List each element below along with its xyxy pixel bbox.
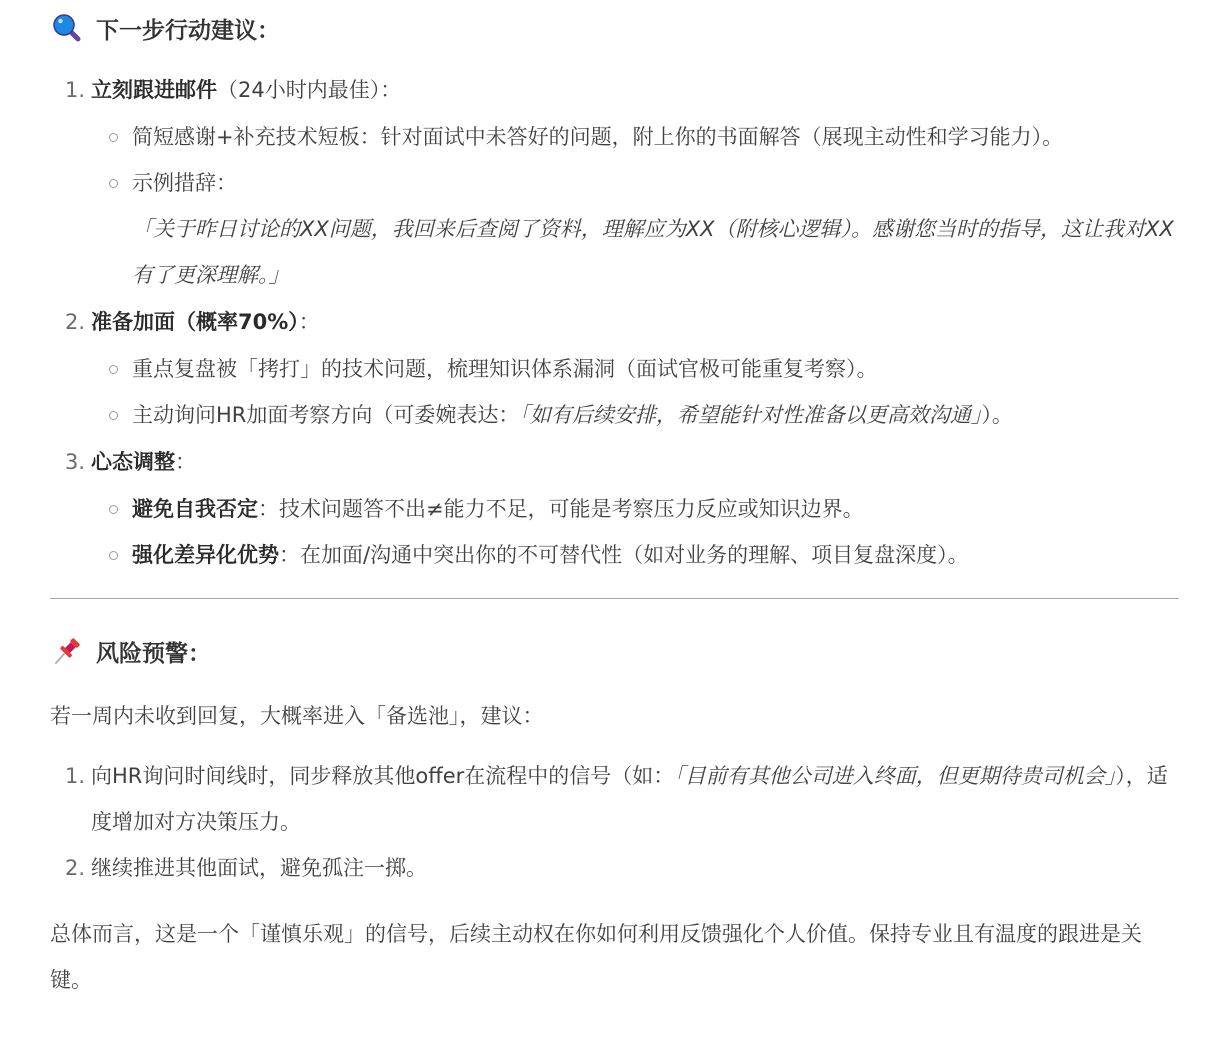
- item-suffix: ：: [175, 450, 196, 474]
- list-item: 2. 继续推进其他面试，避免孤注一掷。: [50, 845, 1179, 893]
- sub-list-item: 主动询问HR加面考察方向（可委婉表达：「如有后续安排，希望能针对性准备以更高效沟…: [91, 392, 1179, 438]
- sub-item-tail: ）。: [981, 403, 1013, 427]
- list-number: 1.: [65, 66, 85, 114]
- item-text: 继续推进其他面试，避免孤注一掷。: [91, 856, 427, 880]
- section-title: 风险预警：: [96, 635, 211, 668]
- list-item: 1. 立刻跟进邮件（24小时内最佳）： 简短感谢+补充技术短板：针对面试中未答好…: [50, 66, 1179, 298]
- sub-item-text: ：在加面/沟通中突出你的不可替代性（如对业务的理解、项目复盘深度）。: [279, 543, 969, 567]
- sub-list-item: 重点复盘被「拷打」的技术问题，梳理知识体系漏洞（面试官极可能重复考察）。: [91, 346, 1179, 392]
- list-item: 3. 心态调整： 避免自我否定：技术问题答不出≠能力不足，可能是考察压力反应或知…: [50, 438, 1179, 578]
- section-title: 下一步行动建议：: [96, 12, 280, 45]
- sub-list-item: 避免自我否定：技术问题答不出≠能力不足，可能是考察压力反应或知识边界。: [91, 486, 1179, 532]
- sub-list: 避免自我否定：技术问题答不出≠能力不足，可能是考察压力反应或知识边界。 强化差异…: [91, 486, 1179, 578]
- risk-intro: 若一周内未收到回复，大概率进入「备选池」，建议：: [50, 693, 1179, 739]
- summary-paragraph: 总体而言，这是一个「谨慎乐观」的信号，后续主动权在你如何利用反馈强化个人价值。保…: [50, 911, 1179, 1003]
- example-quote: 「如有后续安排，希望能针对性准备以更高效沟通」: [519, 403, 981, 427]
- sub-list-item: 简短感谢+补充技术短板：针对面试中未答好的问题，附上你的书面解答（展现主动性和学…: [91, 114, 1179, 160]
- document-body: 下一步行动建议： 1. 立刻跟进邮件（24小时内最佳）： 简短感谢+补充技术短板…: [0, 0, 1229, 1003]
- item-label: 立刻跟进邮件: [91, 78, 217, 102]
- item-suffix: ：: [299, 310, 320, 334]
- sub-item-text: 简短感谢+补充技术短板：针对面试中未答好的问题，附上你的书面解答（展现主动性和学…: [132, 125, 1063, 149]
- sub-item-text: 重点复盘被「拷打」的技术问题，梳理知识体系漏洞（面试官极可能重复考察）。: [132, 357, 878, 381]
- section-heading-risk: 风险预警：: [50, 623, 1179, 679]
- list-number: 3.: [65, 438, 85, 486]
- list-item: 2. 准备加面（概率70%）： 重点复盘被「拷打」的技术问题，梳理知识体系漏洞（…: [50, 298, 1179, 438]
- next-steps-list: 1. 立刻跟进邮件（24小时内最佳）： 简短感谢+补充技术短板：针对面试中未答好…: [50, 66, 1179, 578]
- sub-list-item: 强化差异化优势：在加面/沟通中突出你的不可替代性（如对业务的理解、项目复盘深度）…: [91, 532, 1179, 578]
- magnifying-glass-icon: [52, 13, 82, 43]
- section-heading-next-steps: 下一步行动建议：: [50, 0, 1179, 56]
- sub-item-bold: 避免自我否定: [132, 497, 258, 521]
- sub-list-item: 示例措辞： 「关于昨日讨论的XX问题，我回来后查阅了资料，理解应为XX（附核心逻…: [91, 160, 1179, 298]
- sub-list: 重点复盘被「拷打」的技术问题，梳理知识体系漏洞（面试官极可能重复考察）。 主动询…: [91, 346, 1179, 438]
- section-divider: [50, 598, 1179, 599]
- sub-list: 简短感谢+补充技术短板：针对面试中未答好的问题，附上你的书面解答（展现主动性和学…: [91, 114, 1179, 298]
- sub-item-bold: 强化差异化优势: [132, 543, 279, 567]
- item-label: 心态调整: [91, 450, 175, 474]
- sub-item-text: ：技术问题答不出≠能力不足，可能是考察压力反应或知识边界。: [258, 497, 864, 521]
- list-number: 2.: [65, 845, 85, 891]
- pushpin-icon: [52, 636, 82, 666]
- list-number: 1.: [65, 753, 85, 799]
- list-number: 2.: [65, 298, 85, 346]
- item-text: 向HR询问时间线时，同步释放其他offer在流程中的信号（如：: [91, 764, 674, 788]
- example-quote: 「关于昨日讨论的XX问题，我回来后查阅了资料，理解应为XX（附核心逻辑）。感谢您…: [132, 217, 1174, 287]
- sub-item-text: 主动询问HR加面考察方向（可委婉表达：: [132, 403, 519, 427]
- item-label: 准备加面（概率70%）: [91, 310, 299, 334]
- list-item: 1. 向HR询问时间线时，同步释放其他offer在流程中的信号（如：「目前有其他…: [50, 753, 1179, 845]
- sub-item-text: 示例措辞：: [132, 171, 237, 195]
- example-quote: 「目前有其他公司进入终面，但更期待贵司机会」: [674, 764, 1115, 788]
- risk-list: 1. 向HR询问时间线时，同步释放其他offer在流程中的信号（如：「目前有其他…: [50, 753, 1179, 893]
- item-suffix: （24小时内最佳）：: [217, 78, 401, 102]
